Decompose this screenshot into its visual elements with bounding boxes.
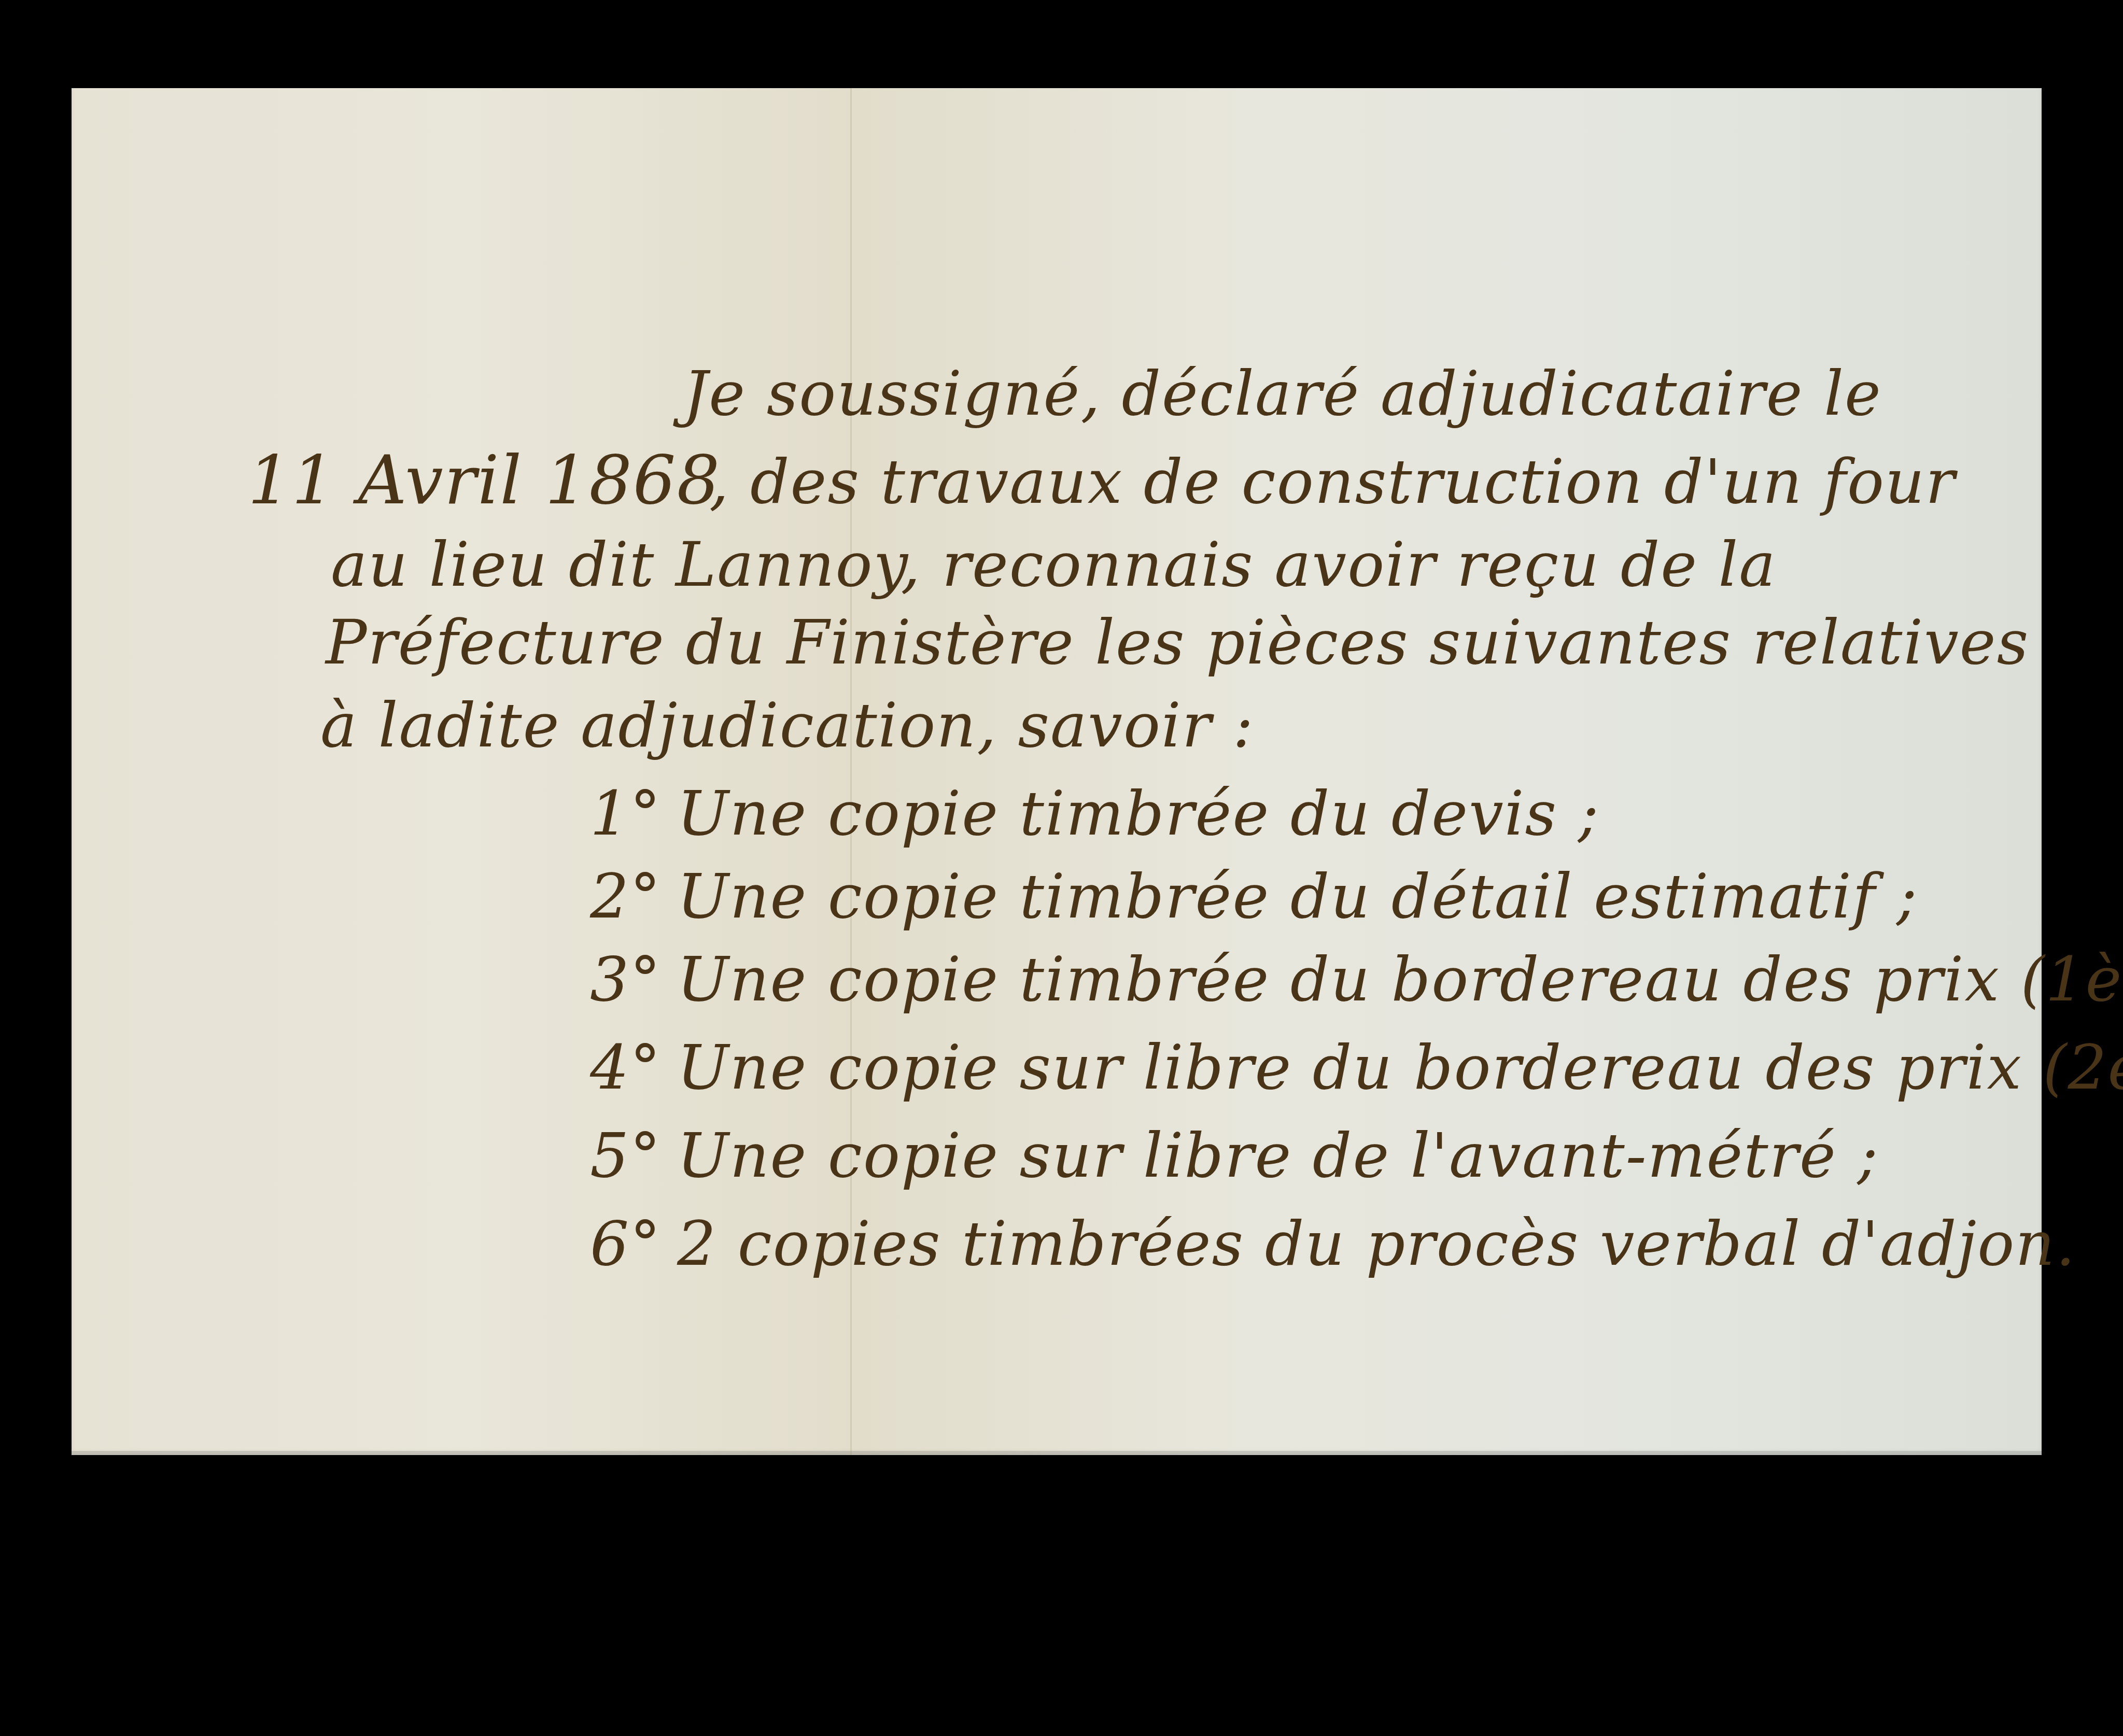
- list-item: 6°2 copies timbrées du procès verbal d'a…: [590, 1208, 2076, 1279]
- list-item: 1°Une copie timbrée du devis ;: [590, 778, 1599, 849]
- item-number: 1°: [590, 778, 662, 849]
- item-text: 2 copies timbrées du procès verbal d'adj…: [677, 1208, 2076, 1279]
- list-item: 3°Une copie timbrée du bordereau des pri…: [590, 943, 2123, 1015]
- item-text: Une copie timbrée du détail estimatif ;: [677, 860, 1918, 932]
- list-item: 4°Une copie sur libre du bordereau des p…: [590, 1032, 2123, 1103]
- item-number: 5°: [590, 1120, 662, 1191]
- item-text: Une copie sur libre de l'avant-métré ;: [677, 1120, 1879, 1191]
- body-line-3: au lieu dit Lannoy, reconnais avoir reçu…: [331, 529, 1777, 600]
- body-line-4: Préfecture du Finistère les pièces suiva…: [326, 606, 2029, 678]
- list-item: 2°Une copie timbrée du détail estimatif …: [590, 860, 1918, 932]
- margin-date: 11 Avril 1868: [248, 441, 721, 519]
- item-number: 2°: [590, 860, 662, 932]
- item-text: Une copie sur libre du bordereau des pri…: [677, 1032, 2123, 1103]
- item-text: Une copie timbrée du bordereau des prix …: [677, 943, 2123, 1015]
- item-number: 3°: [590, 943, 662, 1015]
- body-line-5: à ladite adjudication, savoir :: [320, 689, 1254, 761]
- item-text: Une copie timbrée du devis ;: [677, 778, 1599, 849]
- document-paper: Je soussigné, déclaré adjudicataire le 1…: [72, 88, 2042, 1455]
- item-number: 4°: [590, 1032, 662, 1103]
- item-number: 6°: [590, 1208, 662, 1279]
- list-item: 5°Une copie sur libre de l'avant-métré ;: [590, 1120, 1879, 1191]
- body-line-1: Je soussigné, déclaré adjudicataire le: [683, 358, 1882, 429]
- body-line-2: , des travaux de construction d'un four: [709, 446, 1956, 517]
